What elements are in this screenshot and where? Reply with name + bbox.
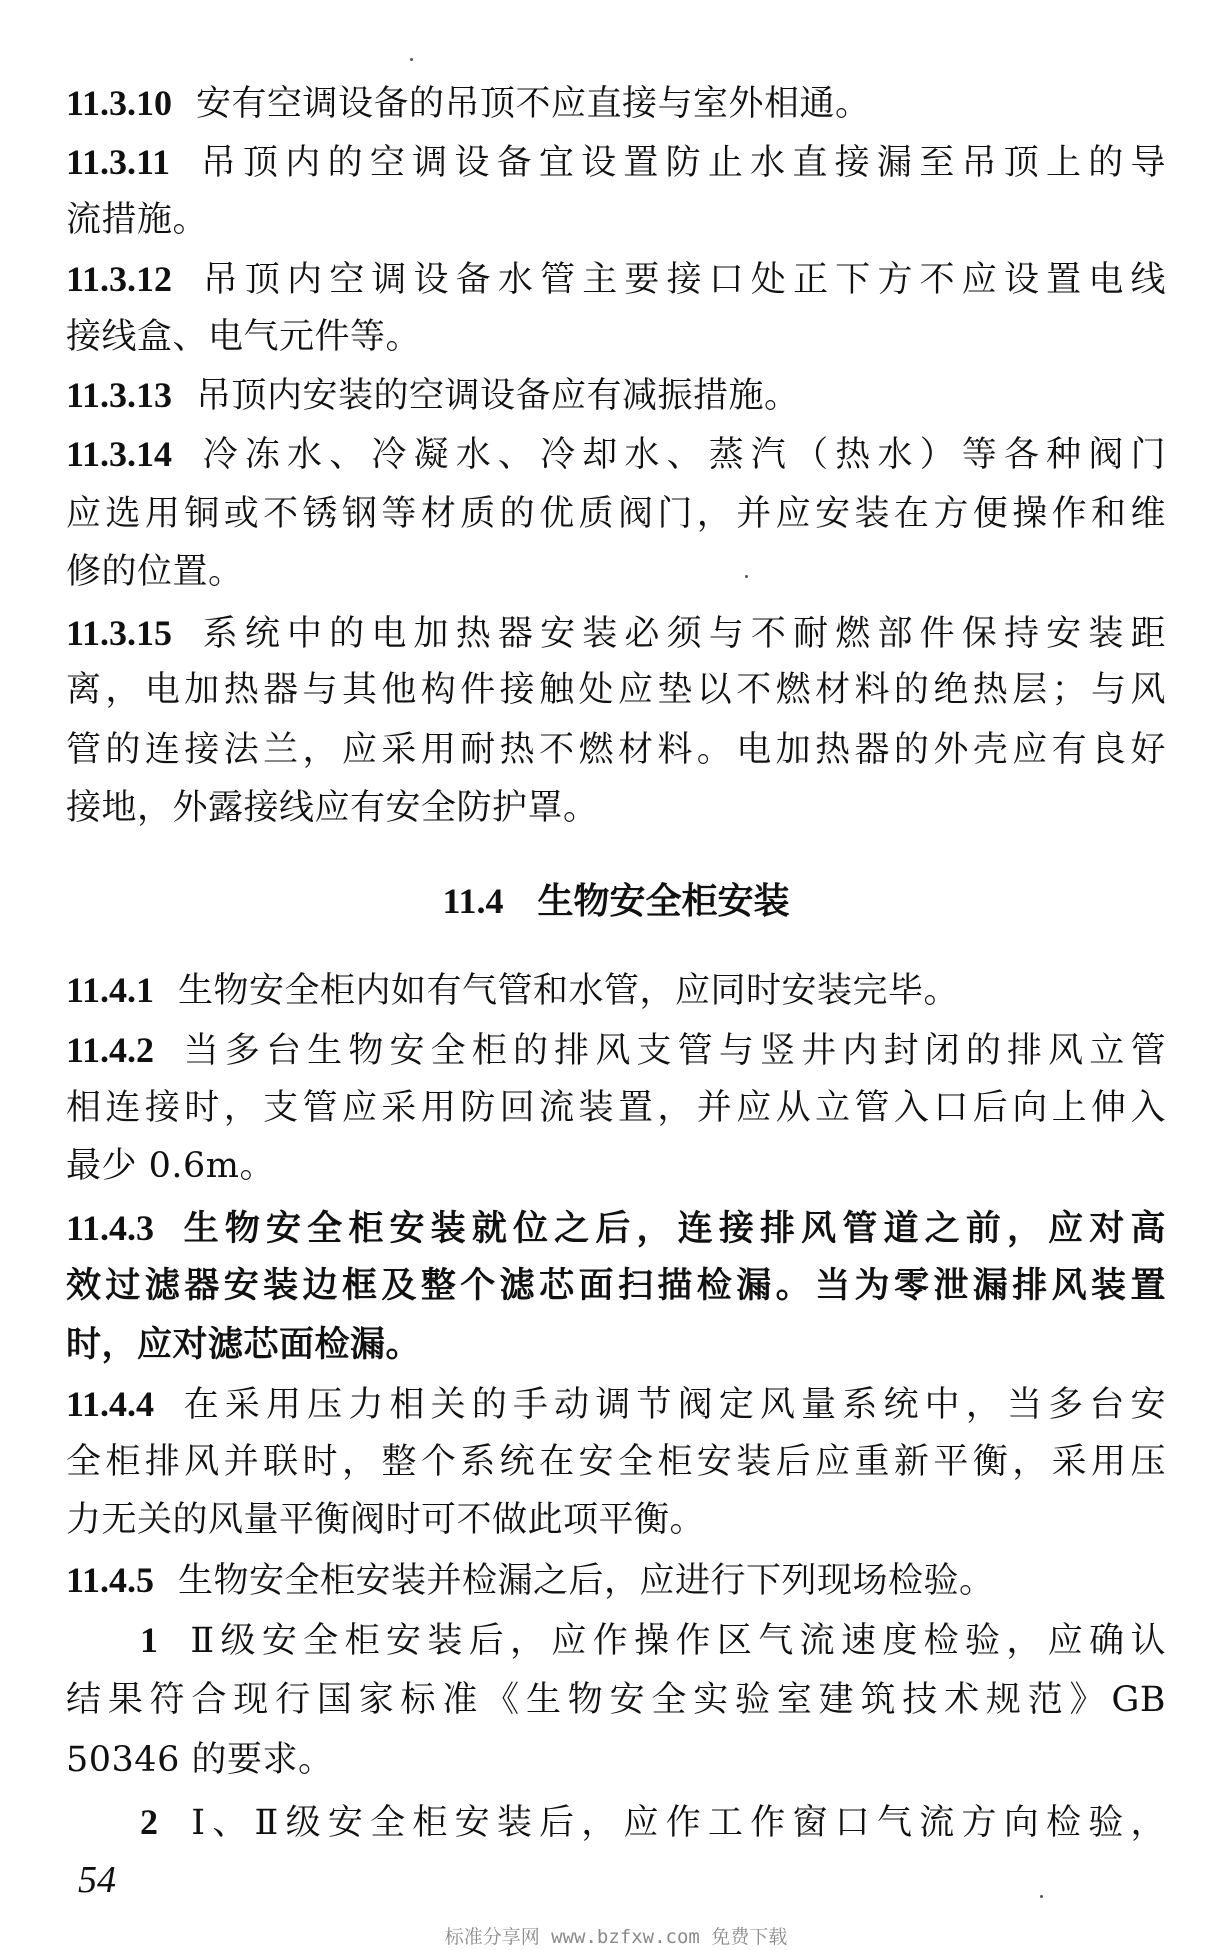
clause-text: 应选用铜或不锈钢等材质的优质阀门，并应安装在方便操作和维	[66, 494, 1166, 534]
clause-11-3-12-cont: 接线盒、电气元件等。	[66, 308, 1166, 366]
clause-11-4-3-cont: 时，应对滤芯面检漏。	[66, 1316, 1166, 1374]
item-number: 1	[140, 1620, 159, 1660]
section-title: 生物安全柜安装	[538, 881, 790, 922]
clause-text: 生物安全柜内如有气管和水管，应同时安装完毕。	[178, 971, 959, 1011]
clause-text: 在采用压力相关的手动调节阀定风量系统中，当多台安	[178, 1385, 1166, 1425]
list-item-1-cont: 结果符合现行国家标准《生物安全实验室建筑技术规范》GB	[66, 1671, 1166, 1729]
clause-text: 当多台生物安全柜的排风支管与竖井内封闭的排风立管	[178, 1031, 1166, 1071]
scan-speck	[745, 575, 748, 578]
scan-speck	[1040, 1895, 1043, 1898]
clause-11-3-15-cont: 管的连接法兰，应采用耐热不燃材料。电加热器的外壳应有良好	[66, 721, 1166, 779]
document-page: 11.3.10安有空调设备的吊顶不应直接与室外相通。 11.3.11吊顶内的空调…	[0, 0, 1232, 1950]
clause-11-4-5: 11.4.5生物安全柜安装并检漏之后，应进行下列现场检验。	[66, 1551, 1166, 1609]
clause-number: 11.3.12	[66, 259, 172, 299]
clause-text: 生物安全柜安装并检漏之后，应进行下列现场检验。	[178, 1561, 995, 1601]
clause-11-3-14-cont: 修的位置。	[66, 543, 1166, 601]
clause-text: 安有空调设备的吊顶不应直接与室外相通。	[196, 84, 871, 124]
clause-text: 系统中的电加热器安装必须与不耐燃部件保持安装距	[196, 614, 1166, 654]
item-number: 2	[140, 1802, 159, 1842]
clause-text: 冷冻水、冷凝水、冷却水、蒸汽（热水）等各种阀门	[196, 435, 1166, 475]
clause-text: 相连接时，支管应采用防回流装置，并应从立管入口后向上伸入	[66, 1088, 1166, 1128]
clause-text-mandatory: 效过滤器安装边框及整个滤芯面扫描检漏。当为零泄漏排风装置	[66, 1266, 1166, 1306]
clause-11-3-11-cont: 流措施。	[66, 191, 1166, 249]
clause-text: 力无关的风量平衡阀时可不做此项平衡。	[66, 1500, 705, 1540]
clause-text: 吊顶内安装的空调设备应有减振措施。	[196, 376, 800, 416]
clause-number: 11.4.4	[66, 1384, 154, 1424]
clause-number: 11.4.5	[66, 1560, 154, 1600]
item-text: 50346 的要求。	[66, 1740, 333, 1780]
clause-11-3-10: 11.3.10安有空调设备的吊顶不应直接与室外相通。	[66, 74, 1166, 132]
clause-text: 管的连接法兰，应采用耐热不燃材料。电加热器的外壳应有良好	[66, 730, 1166, 770]
clause-text: 全柜排风并联时，整个系统在安全柜安装后应重新平衡，采用压	[66, 1442, 1166, 1482]
clause-text: 吊顶内空调设备水管主要接口处正下方不应设置电线	[196, 260, 1166, 300]
list-item-1: 1Ⅱ级安全柜安装后，应作操作区气流速度检验，应确认	[66, 1611, 1166, 1669]
clause-11-3-15: 11.3.15系统中的电加热器安装必须与不耐燃部件保持安装距	[66, 604, 1166, 662]
clause-11-4-2-cont: 相连接时，支管应采用防回流装置，并应从立管入口后向上伸入	[66, 1079, 1166, 1137]
item-text: Ⅱ级安全柜安装后，应作操作区气流速度检验，应确认	[185, 1621, 1167, 1661]
clause-11-4-4-cont: 全柜排风并联时，整个系统在安全柜安装后应重新平衡，采用压	[66, 1433, 1166, 1491]
clause-text: 接地，外露接线应有安全防护罩。	[66, 788, 599, 828]
clause-11-4-3-cont: 效过滤器安装边框及整个滤芯面扫描检漏。当为零泄漏排风装置	[66, 1257, 1166, 1315]
clause-text: 离，电加热器与其他构件接触处应垫以不燃材料的绝热层；与风	[66, 670, 1166, 710]
section-number: 11.4	[442, 881, 503, 921]
clause-11-4-3: 11.4.3生物安全柜安装就位之后，连接排风管道之前，应对高	[66, 1199, 1166, 1257]
clause-text: 流措施。	[66, 200, 208, 240]
clause-11-3-14: 11.3.14冷冻水、冷凝水、冷却水、蒸汽（热水）等各种阀门	[66, 425, 1166, 483]
clause-11-4-1: 11.4.1生物安全柜内如有气管和水管，应同时安装完毕。	[66, 961, 1166, 1019]
clause-11-3-15-cont: 离，电加热器与其他构件接触处应垫以不燃材料的绝热层；与风	[66, 661, 1166, 719]
clause-11-3-15-cont: 接地，外露接线应有安全防护罩。	[66, 779, 1166, 837]
clause-11-3-14-cont: 应选用铜或不锈钢等材质的优质阀门，并应安装在方便操作和维	[66, 485, 1166, 543]
clause-11-4-2: 11.4.2当多台生物安全柜的排风支管与竖井内封闭的排风立管	[66, 1021, 1166, 1079]
scan-speck	[410, 58, 413, 61]
clause-text-mandatory: 时，应对滤芯面检漏。	[66, 1325, 421, 1365]
clause-number: 11.4.2	[66, 1030, 154, 1070]
list-item-2: 2Ⅰ、Ⅱ级安全柜安装后，应作工作窗口气流方向检验，	[66, 1793, 1166, 1851]
watermark: 标准分享网 www.bzfxw.com 免费下载	[0, 1922, 1232, 1949]
clause-11-3-13: 11.3.13吊顶内安装的空调设备应有减振措施。	[66, 366, 1166, 424]
section-heading: 11.4生物安全柜安装	[0, 872, 1232, 930]
list-item-1-cont: 50346 的要求。	[66, 1731, 1166, 1789]
clause-number: 11.3.11	[66, 142, 170, 182]
clause-11-3-12: 11.3.12吊顶内空调设备水管主要接口处正下方不应设置电线	[66, 250, 1166, 308]
clause-number: 11.3.13	[66, 375, 172, 415]
clause-number: 11.3.10	[66, 83, 172, 123]
clause-text: 修的位置。	[66, 552, 244, 592]
clause-text: 吊顶内的空调设备宜设置防止水直接漏至吊顶上的导	[194, 143, 1166, 183]
clause-number: 11.4.3	[66, 1208, 154, 1248]
clause-text: 最少 0.6m。	[66, 1146, 275, 1186]
clause-number: 11.4.1	[66, 970, 154, 1010]
item-text: 结果符合现行国家标准《生物安全实验室建筑技术规范》GB	[66, 1680, 1166, 1720]
clause-11-4-4: 11.4.4在采用压力相关的手动调节阀定风量系统中，当多台安	[66, 1375, 1166, 1433]
clause-11-4-2-cont: 最少 0.6m。	[66, 1137, 1166, 1195]
page-number: 54	[78, 1858, 116, 1902]
clause-text-mandatory: 生物安全柜安装就位之后，连接排风管道之前，应对高	[178, 1209, 1166, 1249]
clause-number: 11.3.14	[66, 434, 172, 474]
clause-number: 11.3.15	[66, 613, 172, 653]
item-text: Ⅰ、Ⅱ级安全柜安装后，应作工作窗口气流方向检验，	[185, 1803, 1167, 1843]
clause-11-4-4-cont: 力无关的风量平衡阀时可不做此项平衡。	[66, 1491, 1166, 1549]
clause-text: 接线盒、电气元件等。	[66, 317, 421, 357]
clause-11-3-11: 11.3.11吊顶内的空调设备宜设置防止水直接漏至吊顶上的导	[66, 133, 1166, 191]
